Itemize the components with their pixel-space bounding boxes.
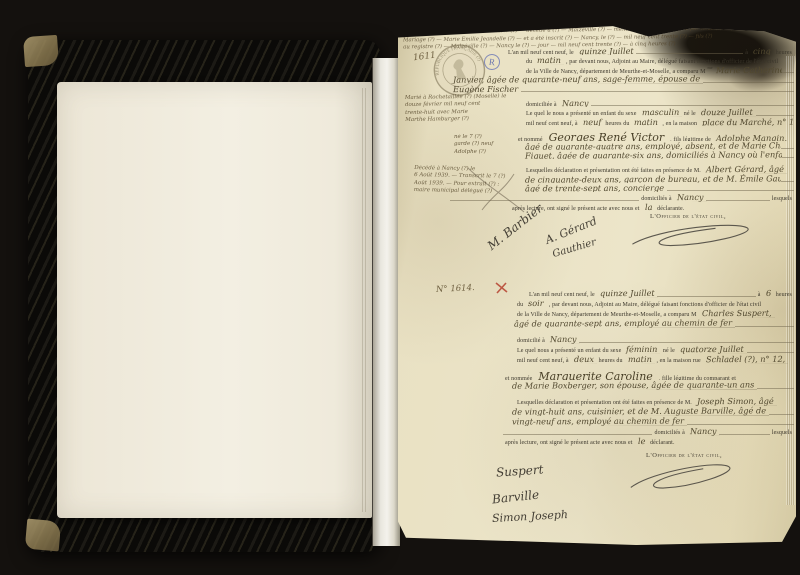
act2-signature-declarant: Suspert bbox=[496, 462, 544, 479]
handwritten-text: Nancy bbox=[559, 98, 592, 107]
printed-form-text: heures bbox=[774, 292, 794, 298]
act1-officer-caption: L'Officier de l'état civil, bbox=[650, 213, 726, 220]
printed-form-text: domiciliée à bbox=[524, 102, 559, 107]
handwritten-text: Schladel (?), n° 12, bbox=[703, 354, 788, 364]
rule-line bbox=[636, 47, 743, 54]
cover-corner-wear bbox=[25, 519, 61, 552]
handwritten-text: matin bbox=[625, 354, 655, 364]
form-line: Lesquelles déclaration et présentation o… bbox=[515, 396, 794, 406]
printed-form-text: lesquels bbox=[770, 196, 794, 201]
form-line: domiciliés àNancylesquels bbox=[450, 192, 794, 201]
form-line: de Marie Boxberger, son épouse, âgée de … bbox=[509, 380, 794, 390]
handwritten-text: la bbox=[642, 202, 656, 211]
form-line: de vingt-huit ans, cuisinier, et de M. A… bbox=[509, 406, 794, 416]
handwritten-text: douze Juillet bbox=[698, 107, 756, 116]
form-line: Lesquelles déclaration et présentation o… bbox=[524, 164, 794, 173]
handwritten-text: Joseph Simon, âgé bbox=[694, 396, 777, 406]
form-line: de la Ville de Nancy, département de Meu… bbox=[515, 308, 794, 318]
printed-form-text: mil neuf cent neuf, à bbox=[524, 121, 580, 126]
form-line: vingt-neuf ans, employé au chemin de fer bbox=[509, 416, 794, 426]
handwritten-name: Georges René Victor bbox=[545, 131, 668, 140]
printed-form-text: domiciliés à bbox=[652, 430, 686, 436]
form-line: âgé de quarante-quatre ans, employé, abs… bbox=[522, 141, 794, 150]
handwritten-text: le bbox=[635, 436, 649, 446]
handwritten-text: âgé de quarante-quatre ans, employé, abs… bbox=[522, 141, 781, 150]
form-line: de la Ville de Nancy, département de Meu… bbox=[524, 65, 794, 74]
right-page-register: Le susdit Mangin Georges René Victor (?)… bbox=[398, 24, 796, 545]
rule-line bbox=[781, 175, 794, 182]
printed-form-text: et nommée bbox=[503, 376, 534, 380]
printed-form-text: heures du bbox=[597, 358, 625, 364]
printed-form-text: né le bbox=[682, 111, 698, 116]
act2-signature-witness: Simon Joseph bbox=[492, 508, 569, 525]
handwritten-text: quinze Juillet bbox=[597, 288, 658, 298]
act2-officer-signature-flourish bbox=[623, 456, 742, 498]
handwritten-text: Albert Gérard, âgé bbox=[703, 164, 787, 173]
handwritten-text: de cinquante-deux ans, garçon de bureau,… bbox=[522, 174, 781, 183]
form-line: Le quel le nous a présenté un enfant du … bbox=[524, 107, 794, 116]
printed-form-text: du bbox=[515, 302, 525, 308]
scanned-register-photo: { "colors":{"background":"#14110e","cove… bbox=[0, 0, 800, 575]
handwritten-text: de Marie Boxberger, son épouse, âgée de … bbox=[509, 380, 757, 390]
handwritten-text: matin bbox=[534, 55, 564, 64]
rule-line bbox=[719, 428, 770, 435]
handwritten-text: neuf bbox=[580, 117, 604, 126]
form-line: Le quel nous a présenté un enfant du sex… bbox=[515, 344, 794, 354]
form-line: âgé de trente-sept ans, concierge bbox=[522, 183, 794, 192]
printed-form-text: après lecture, ont signé le présent acte… bbox=[503, 440, 635, 446]
printed-form-text: du bbox=[524, 59, 534, 64]
printed-form-text: lesquels bbox=[770, 430, 794, 436]
handwritten-text: deux bbox=[571, 354, 597, 364]
printed-form-text: mil neuf cent neuf, à bbox=[515, 358, 571, 364]
rule-line bbox=[769, 408, 794, 415]
handwritten-text: vingt-neuf ans, employé au chemin de fer bbox=[509, 416, 687, 426]
form-line: dusoir, par devant nous, Adjoint au Mair… bbox=[515, 298, 794, 308]
rule-line bbox=[747, 346, 794, 353]
printed-form-text: né le bbox=[661, 348, 677, 354]
form-line: et nomméeMarguerite Caroline, fille légi… bbox=[503, 370, 794, 380]
form-line: L'an mil neuf cent neuf, lequinze Juille… bbox=[506, 46, 794, 55]
rule-line bbox=[756, 109, 794, 116]
form-line: Figuet, âgée de quarante-six ans, domici… bbox=[522, 150, 794, 159]
rule-line bbox=[521, 85, 794, 92]
handwritten-text: masculin bbox=[639, 107, 682, 116]
handwritten-text: féminin bbox=[623, 344, 660, 354]
binding-gutter bbox=[372, 58, 400, 546]
form-line: après lecture, ont signé le présent acte… bbox=[510, 202, 794, 211]
act1-officer-signature-flourish bbox=[625, 217, 759, 254]
rule-line bbox=[591, 99, 794, 106]
rule-line bbox=[687, 418, 794, 425]
printed-form-text: heures bbox=[774, 50, 794, 55]
superscript-text: me bbox=[708, 65, 713, 70]
handwritten-text: Nancy bbox=[547, 334, 580, 344]
rule-line bbox=[657, 290, 755, 297]
handwritten-text: de vingt-huit ans, cuisinier, et de M. A… bbox=[509, 406, 769, 416]
form-line: Eugène Fischer bbox=[450, 84, 794, 93]
form-line: domiciliée àNancy bbox=[524, 98, 794, 107]
handwritten-text: cinq bbox=[750, 46, 774, 55]
rule-line bbox=[782, 151, 794, 158]
form-line: âgé de quarante-sept ans, employé au che… bbox=[511, 318, 794, 328]
left-page-blank bbox=[57, 82, 372, 518]
rule-line bbox=[503, 428, 652, 435]
form-line: de cinquante-deux ans, garçon de bureau,… bbox=[522, 174, 794, 183]
form-line: domiciliés àNancylesquels bbox=[503, 426, 794, 436]
printed-form-text: , en la maison rue bbox=[654, 358, 702, 364]
rule-line bbox=[706, 194, 770, 201]
printed-form-text: domicilié à bbox=[515, 338, 547, 344]
act1-form-body: L'an mil neuf cent neuf, lequinze Juille… bbox=[450, 46, 794, 211]
handwritten-text: âgé de trente-sept ans, concierge bbox=[522, 183, 667, 192]
rule-line bbox=[781, 66, 794, 73]
handwritten-text: quinze Juillet bbox=[576, 46, 637, 55]
printed-form-text: déclarante. bbox=[655, 206, 686, 211]
act2-number: N° 1614. bbox=[436, 283, 475, 295]
form-line: L'an mil neuf cent neuf, lequinze Juille… bbox=[527, 288, 794, 298]
handwritten-text: âgé de quarante-sept ans, employé au che… bbox=[511, 318, 735, 328]
printed-form-text: Le quel nous a présenté un enfant du sex… bbox=[515, 348, 623, 354]
handwritten-text: 6 bbox=[762, 288, 773, 298]
handwritten-text: Eugène Fischer bbox=[450, 84, 521, 93]
form-line: après lecture, ont signé le présent acte… bbox=[503, 436, 794, 446]
form-line: et nomméGeorges René Victor, fils légiti… bbox=[516, 131, 794, 140]
handwritten-text: soir bbox=[525, 298, 547, 308]
handwritten-text: Marie Catherine bbox=[713, 65, 782, 74]
form-line: mil neuf cent neuf, àdeuxheures dumatin,… bbox=[515, 354, 794, 364]
handwritten-text: Nancy bbox=[674, 192, 707, 201]
printed-form-text: et nommé bbox=[516, 137, 545, 140]
rule-line bbox=[579, 336, 794, 343]
rule-line bbox=[667, 184, 794, 191]
printed-form-text: à bbox=[756, 292, 763, 298]
rule-line bbox=[703, 76, 794, 83]
handwritten-text: Charles Suspert, bbox=[699, 308, 775, 318]
form-line: domicilié àNancy bbox=[515, 334, 794, 344]
act2-form-body: L'an mil neuf cent neuf, lequinze Juille… bbox=[503, 288, 794, 446]
printed-form-text: Le quel le nous a présenté un enfant du … bbox=[524, 111, 639, 116]
handwritten-text: matin bbox=[631, 117, 660, 126]
handwritten-text: place du Marché, n° 1 bbox=[699, 117, 794, 126]
printed-form-text: heures du bbox=[603, 121, 631, 126]
handwritten-text: Adolphe Mangin, bbox=[713, 133, 790, 141]
printed-form-text: déclarant. bbox=[648, 440, 676, 446]
handwritten-text: Janvier, âgée de quarante-neuf ans, sage… bbox=[450, 74, 703, 83]
printed-form-text: , en la maison bbox=[660, 121, 699, 126]
rule-line bbox=[781, 142, 794, 149]
handwritten-text: Nancy bbox=[687, 426, 720, 436]
handwritten-text: quatorze Juillet bbox=[677, 344, 747, 354]
handwritten-text: Figuet, âgée de quarante-six ans, domici… bbox=[522, 150, 782, 159]
act2-signature-witness: Barville bbox=[491, 488, 539, 507]
rule-line bbox=[450, 194, 639, 201]
form-line: mil neuf cent neuf, àneufheures dumatin,… bbox=[524, 117, 794, 126]
form-line: Janvier, âgée de quarante-neuf ans, sage… bbox=[450, 74, 794, 83]
form-line: dumatin, par devant nous, Adjoint au Mai… bbox=[524, 55, 794, 64]
handwritten-name: Marguerite Caroline bbox=[534, 370, 656, 380]
rule-line bbox=[735, 320, 794, 327]
printed-form-text: , par devant nous, Adjoint au Maire, dél… bbox=[564, 59, 780, 64]
rule-line bbox=[757, 382, 794, 389]
